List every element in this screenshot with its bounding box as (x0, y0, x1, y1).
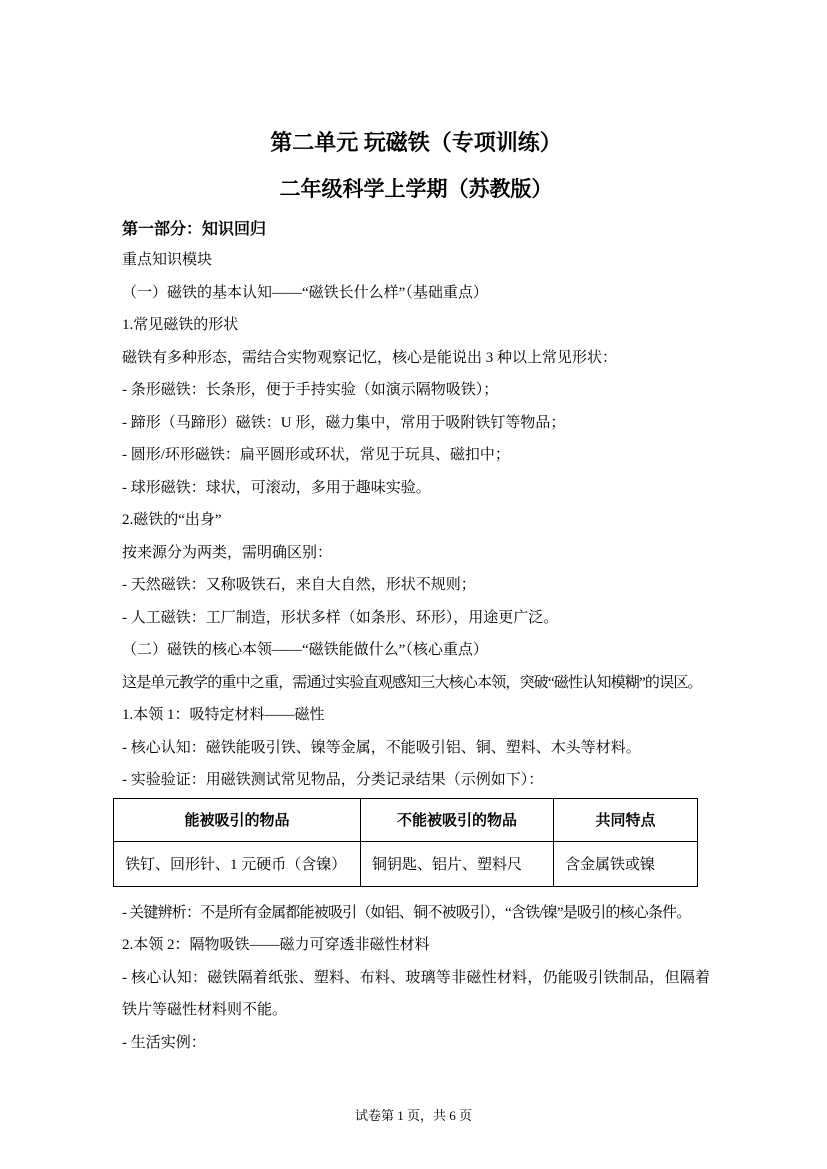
paragraph: - 人工磁铁：工厂制造，形状多样（如条形、环形），用途更广泛。 (122, 602, 710, 635)
paragraph: - 关键辨析：不是所有金属都能被吸引（如铝、铜不被吸引），“含铁/镍”是吸引的核… (122, 897, 710, 930)
paragraph: - 天然磁铁：又称吸铁石，来自大自然，形状不规则； (122, 569, 710, 602)
table-header-common-trait: 共同特点 (554, 798, 698, 841)
magnet-attraction-table: 能被吸引的物品 不能被吸引的物品 共同特点 铁钉、回形针、1 元硬币（含镍） 铜… (113, 798, 698, 887)
paragraph: 2.磁铁的“出身” (122, 504, 710, 537)
table-cell-not-attracted-items: 铜钥匙、铝片、塑料尺 (361, 841, 554, 886)
paragraph: - 实验验证：用磁铁测试常见物品，分类记录结果（示例如下）： (122, 764, 710, 797)
paragraph: 磁铁有多种形态，需结合实物观察记忆，核心是能说出 3 种以上常见形状： (122, 342, 710, 375)
page-footer: 试卷第 1 页，共 6 页 (0, 1106, 827, 1126)
table-header-not-attracted: 不能被吸引的物品 (361, 798, 554, 841)
document-page: 第二单元 玩磁铁（专项训练） 二年级科学上学期（苏教版） 第一部分：知识回归 重… (0, 0, 827, 1169)
paragraph: 2.本领 2：隔物吸铁——磁力可穿透非磁性材料 (122, 929, 710, 962)
paragraph: （二）磁铁的核心本领——“磁铁能做什么”（核心重点） (122, 634, 710, 667)
paragraph: 1.本领 1：吸特定材料——磁性 (122, 699, 710, 732)
paragraph: - 圆形/环形磁铁：扁平圆形或环状，常见于玩具、磁扣中； (122, 439, 710, 472)
table-cell-common-trait: 含金属铁或镍 (554, 841, 698, 886)
paragraph: 按来源分为两类，需明确区别： (122, 537, 710, 570)
section-heading: 第一部分：知识回归 (122, 218, 710, 242)
paragraph: 重点知识模块 (122, 244, 710, 277)
doc-title: 第二单元 玩磁铁（专项训练） (122, 128, 710, 158)
paragraph: （一）磁铁的基本认知——“磁铁长什么样”（基础重点） (122, 277, 710, 310)
paragraph: - 球形磁铁：球状，可滚动，多用于趣味实验。 (122, 472, 710, 505)
paragraph: - 核心认知：磁铁能吸引铁、镍等金属，不能吸引铝、铜、塑料、木头等材料。 (122, 732, 710, 765)
paragraph: - 生活实例： (122, 1027, 710, 1060)
paragraph: 1.常见磁铁的形状 (122, 309, 710, 342)
table-row: 铁钉、回形针、1 元硬币（含镍） 铜钥匙、铝片、塑料尺 含金属铁或镍 (114, 841, 698, 886)
table-header-attracted: 能被吸引的物品 (114, 798, 361, 841)
paragraph: - 条形磁铁：长条形，便于手持实验（如演示隔物吸铁）； (122, 374, 710, 407)
paragraph: 这是单元教学的重中之重，需通过实验直观感知三大核心本领，突破“磁性认知模糊”的误… (122, 667, 710, 700)
paragraph: - 蹄形（马蹄形）磁铁：U 形，磁力集中，常用于吸附铁钉等物品； (122, 407, 710, 440)
doc-subtitle: 二年级科学上学期（苏教版） (122, 174, 710, 204)
table-header-row: 能被吸引的物品 不能被吸引的物品 共同特点 (114, 798, 698, 841)
table-cell-attracted-items: 铁钉、回形针、1 元硬币（含镍） (114, 841, 361, 886)
paragraph: - 核心认知：磁铁隔着纸张、塑料、布料、玻璃等非磁性材料，仍能吸引铁制品，但隔着… (122, 962, 710, 1027)
